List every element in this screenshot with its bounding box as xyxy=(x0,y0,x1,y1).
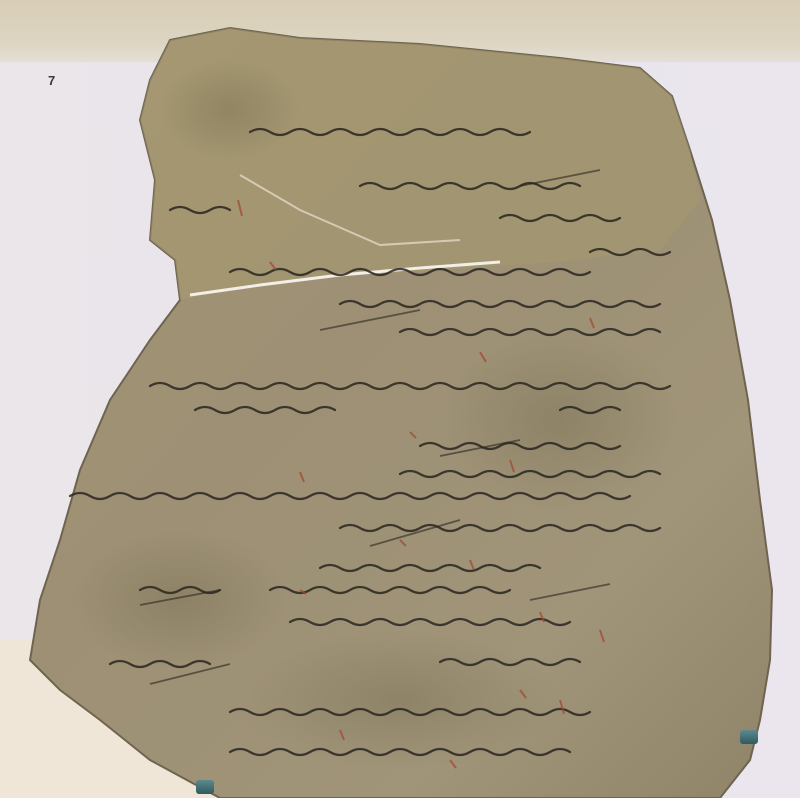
mount-clip-bottom xyxy=(196,780,214,794)
mount-clip-right xyxy=(740,730,758,744)
ostracon-artifact xyxy=(0,0,800,798)
